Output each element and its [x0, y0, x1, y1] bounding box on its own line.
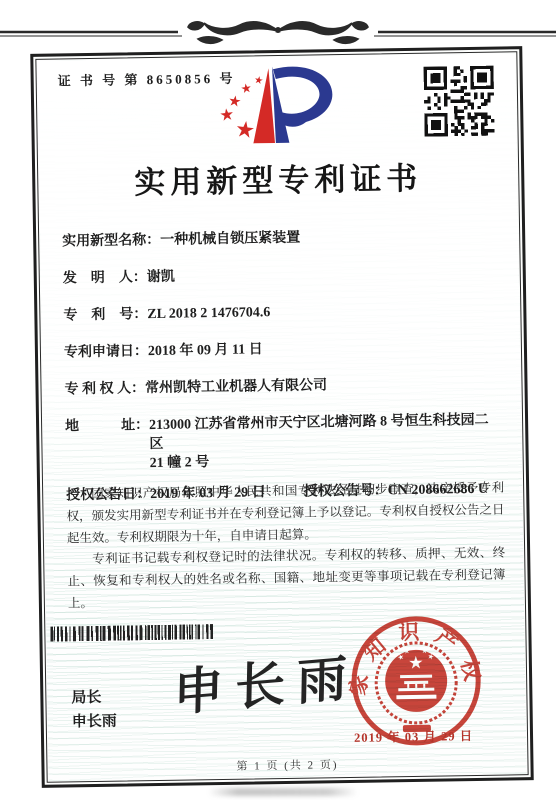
field-patent-number: 专 利 号： ZL 2018 2 1476704.6: [63, 300, 499, 327]
field-value: 2018 年 09 月 11 日: [148, 337, 500, 363]
certificate-frame: 证 书 号 第 8650856 号: [30, 46, 533, 788]
page-number: 第 1 页 (共 2 页): [48, 753, 526, 777]
field-value: 常州凯特工业机器人有限公司: [145, 374, 501, 400]
field-label: 专 利 权 人：: [64, 379, 145, 400]
field-value: ZL 2018 2 1476704.6: [147, 300, 499, 326]
field-utility-name: 实用新型名称： 一种机械自锁压紧装置: [62, 226, 498, 253]
field-list: 实用新型名称： 一种机械自锁压紧装置 发 明 人： 谢凯 专 利 号： ZL 2…: [62, 226, 502, 507]
address-line-1: 213000 江苏省常州市天宁区北塘河路 8 号恒生科技园二区: [149, 411, 502, 455]
field-label: 地 址：: [65, 416, 150, 474]
field-value: 谢凯: [147, 263, 499, 289]
field-label: 专 利 号：: [63, 305, 147, 326]
paragraph-register-statement: 专利证书记载专利权登记时的法律状况。专利权的转移、质押、无效、终止、恢复和专利权…: [67, 543, 506, 615]
bottom-cutoff-smudge: [208, 788, 358, 796]
field-address: 地 址： 213000 江苏省常州市天宁区北塘河路 8 号恒生科技园二区 21 …: [65, 411, 502, 475]
signer-block: 局长 申长雨: [71, 686, 117, 735]
field-label: 专利申请日：: [64, 342, 148, 363]
paragraph-grant-statement: 国家知识产权局依照中华人民共和国专利法经过初步审查，决定授予专利权，颁发实用新型…: [66, 478, 505, 550]
field-inventor: 发 明 人： 谢凯: [63, 263, 499, 290]
barcode-icon: [50, 624, 216, 642]
cnipa-logo-icon: [200, 60, 353, 152]
legal-paragraphs: 国家知识产权局依照中华人民共和国专利法经过初步审查，决定授予专利权，颁发实用新型…: [66, 478, 506, 615]
qr-code-icon: [424, 66, 495, 137]
field-patentee: 专 利 权 人： 常州凯特工业机器人有限公司: [64, 374, 500, 401]
certificate-page: 证 书 号 第 8650856 号: [0, 0, 556, 800]
field-label: 发 明 人：: [63, 268, 147, 289]
certificate-title: 实用新型专利证书: [39, 151, 518, 204]
field-value: 一种机械自锁压紧装置: [160, 226, 498, 251]
field-label: 实用新型名称：: [62, 231, 160, 253]
signer-title: 局长: [71, 686, 116, 711]
signer-name: 申长雨: [72, 710, 117, 735]
field-filing-date: 专利申请日： 2018 年 09 月 11 日: [64, 337, 500, 364]
ornamental-divider-icon: [0, 10, 556, 52]
seal-date: 2019 年 03 月 29 日: [354, 726, 473, 746]
field-value: 213000 江苏省常州市天宁区北塘河路 8 号恒生科技园二区 21 幢 2 号: [149, 411, 502, 474]
